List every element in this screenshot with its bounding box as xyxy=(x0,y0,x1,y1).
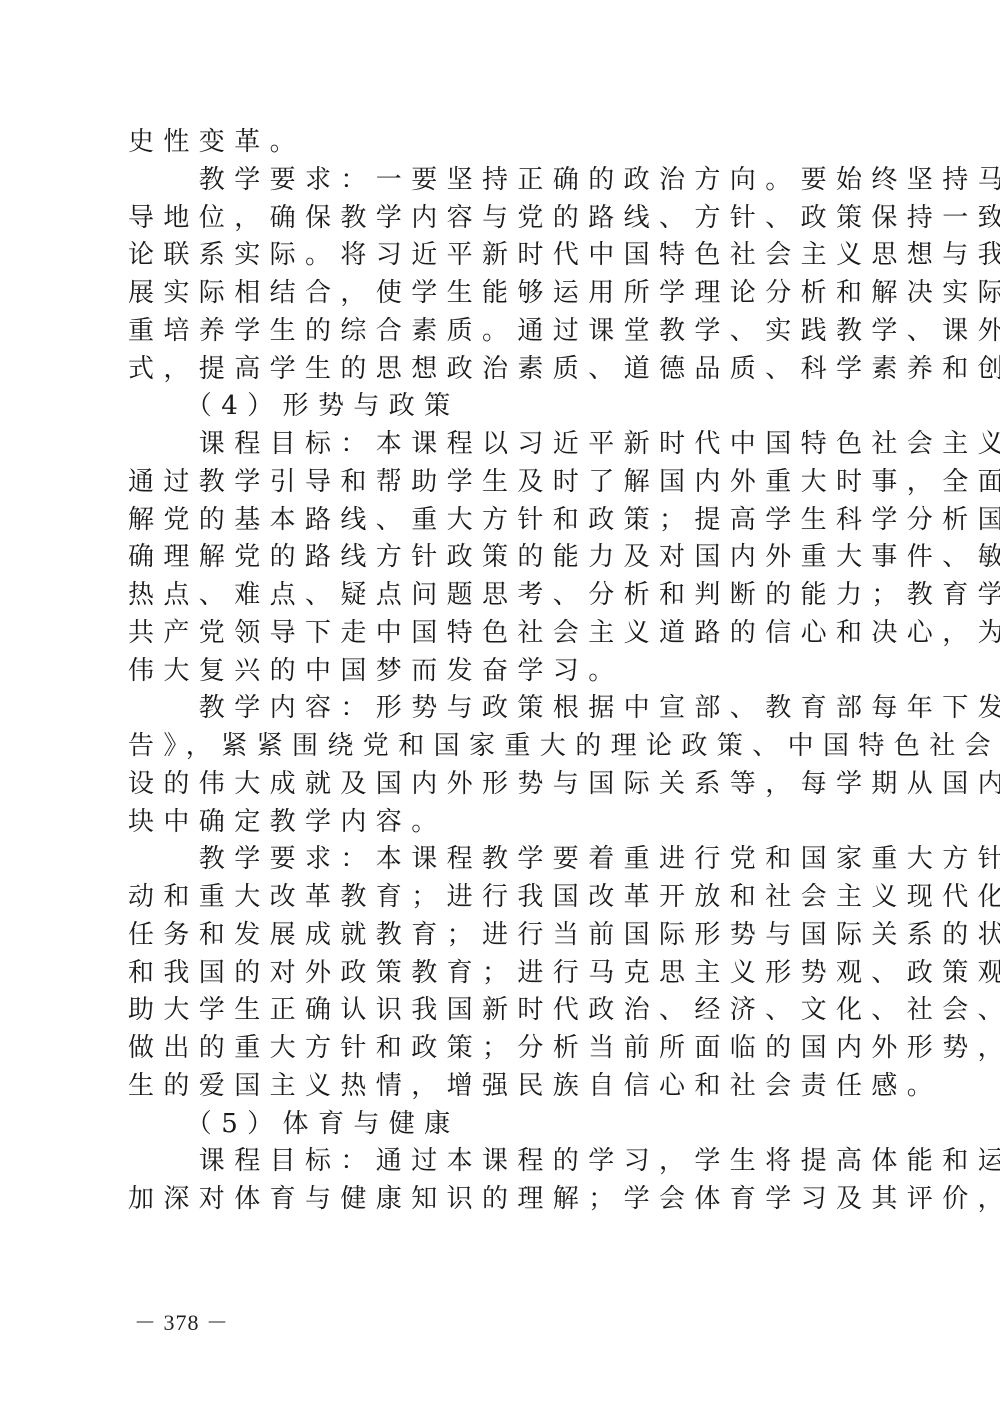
text-line: 生的爱国主义热情，增强民族自信心和社会责任感。 xyxy=(128,1068,888,1106)
text-line: 确理解党的路线方针政策的能力及对国内外重大事件、敏感问题、社会 xyxy=(128,539,888,577)
text-line: 共产党领导下走中国特色社会主义道路的信心和决心，为实现中华民族 xyxy=(128,615,888,653)
text-line: 教学内容：形势与政策根据中宣部、教育部每年下发的《时事报 xyxy=(128,690,888,728)
text-line: 热点、难点、疑点问题思考、分析和判断的能力；教育学生坚定在中国 xyxy=(128,577,888,615)
document-page: 史性变革。 教学要求：一要坚持正确的政治方向。要始终坚持马克思主义的指 导地位，… xyxy=(0,0,1000,1414)
text-line: 导地位，确保教学内容与党的路线、方针、政策保持一致。二要突出理 xyxy=(128,200,888,238)
text-line: 论联系实际。将习近平新时代中国特色社会主义思想与我国经济社会发 xyxy=(128,237,888,275)
text-line: 教学要求：一要坚持正确的政治方向。要始终坚持马克思主义的指 xyxy=(128,162,888,200)
page-number: － 378 － xyxy=(134,1306,229,1337)
text-line: 课程目标：本课程以习近平新时代中国特色社会主义思想为指导， xyxy=(128,426,888,464)
text-line: 解党的基本路线、重大方针和政策；提高学生科学分析国内外形势和正 xyxy=(128,502,888,540)
text-line: 加深对体育与健康知识的理解；学会体育学习及其评价，增强体育实践 xyxy=(128,1181,888,1219)
text-line: 做出的重大方针和政策；分析当前所面临的国内外形势，不断激发大学 xyxy=(128,1030,888,1068)
text-line: 教学要求：本课程教学要着重进行党和国家重大方针政策、重大活 xyxy=(128,841,888,879)
text-line: 伟大复兴的中国梦而发奋学习。 xyxy=(128,653,888,691)
text-line: 动和重大改革教育；进行我国改革开放和社会主义现代化建设的形势、 xyxy=(128,879,888,917)
body-text: 史性变革。 教学要求：一要坚持正确的政治方向。要始终坚持马克思主义的指 导地位，… xyxy=(128,124,888,1219)
text-line: 重培养学生的综合素质。通过课堂教学、实践教学、课外活动等多种形 xyxy=(128,313,888,351)
text-line: 课程目标：通过本课程的学习，学生将提高体能和运动技能水平， xyxy=(128,1143,888,1181)
text-line: 通过教学引导和帮助学生及时了解国内外重大时事，全面认识和正确理 xyxy=(128,464,888,502)
text-line: 助大学生正确认识我国新时代政治、经济、文化、社会、生态文明发展 xyxy=(128,992,888,1030)
text-line: 设的伟大成就及国内外形势与国际关系等，每学期从国内、国际两大板 xyxy=(128,766,888,804)
text-line: 任务和发展成就教育；进行当前国际形势与国际关系的状况、发展趋势 xyxy=(128,917,888,955)
text-line: 展实际相结合，使学生能够运用所学理论分析和解决实际问题。三要注 xyxy=(128,275,888,313)
text-line: 和我国的对外政策教育；进行马克思主义形势观、政策观教育，从而帮 xyxy=(128,955,888,993)
section-heading: （4）形势与政策 xyxy=(128,388,888,426)
section-heading: （5）体育与健康 xyxy=(128,1106,888,1144)
text-line: 史性变革。 xyxy=(128,124,888,162)
text-line: 式，提高学生的思想政治素质、道德品质、科学素养和创新能力。 xyxy=(128,351,888,389)
text-line: 块中确定教学内容。 xyxy=(128,804,888,842)
text-line: 告》，紧紧围绕党和国家重大的理论政策、中国特色社会主义现代化建 xyxy=(128,728,888,766)
